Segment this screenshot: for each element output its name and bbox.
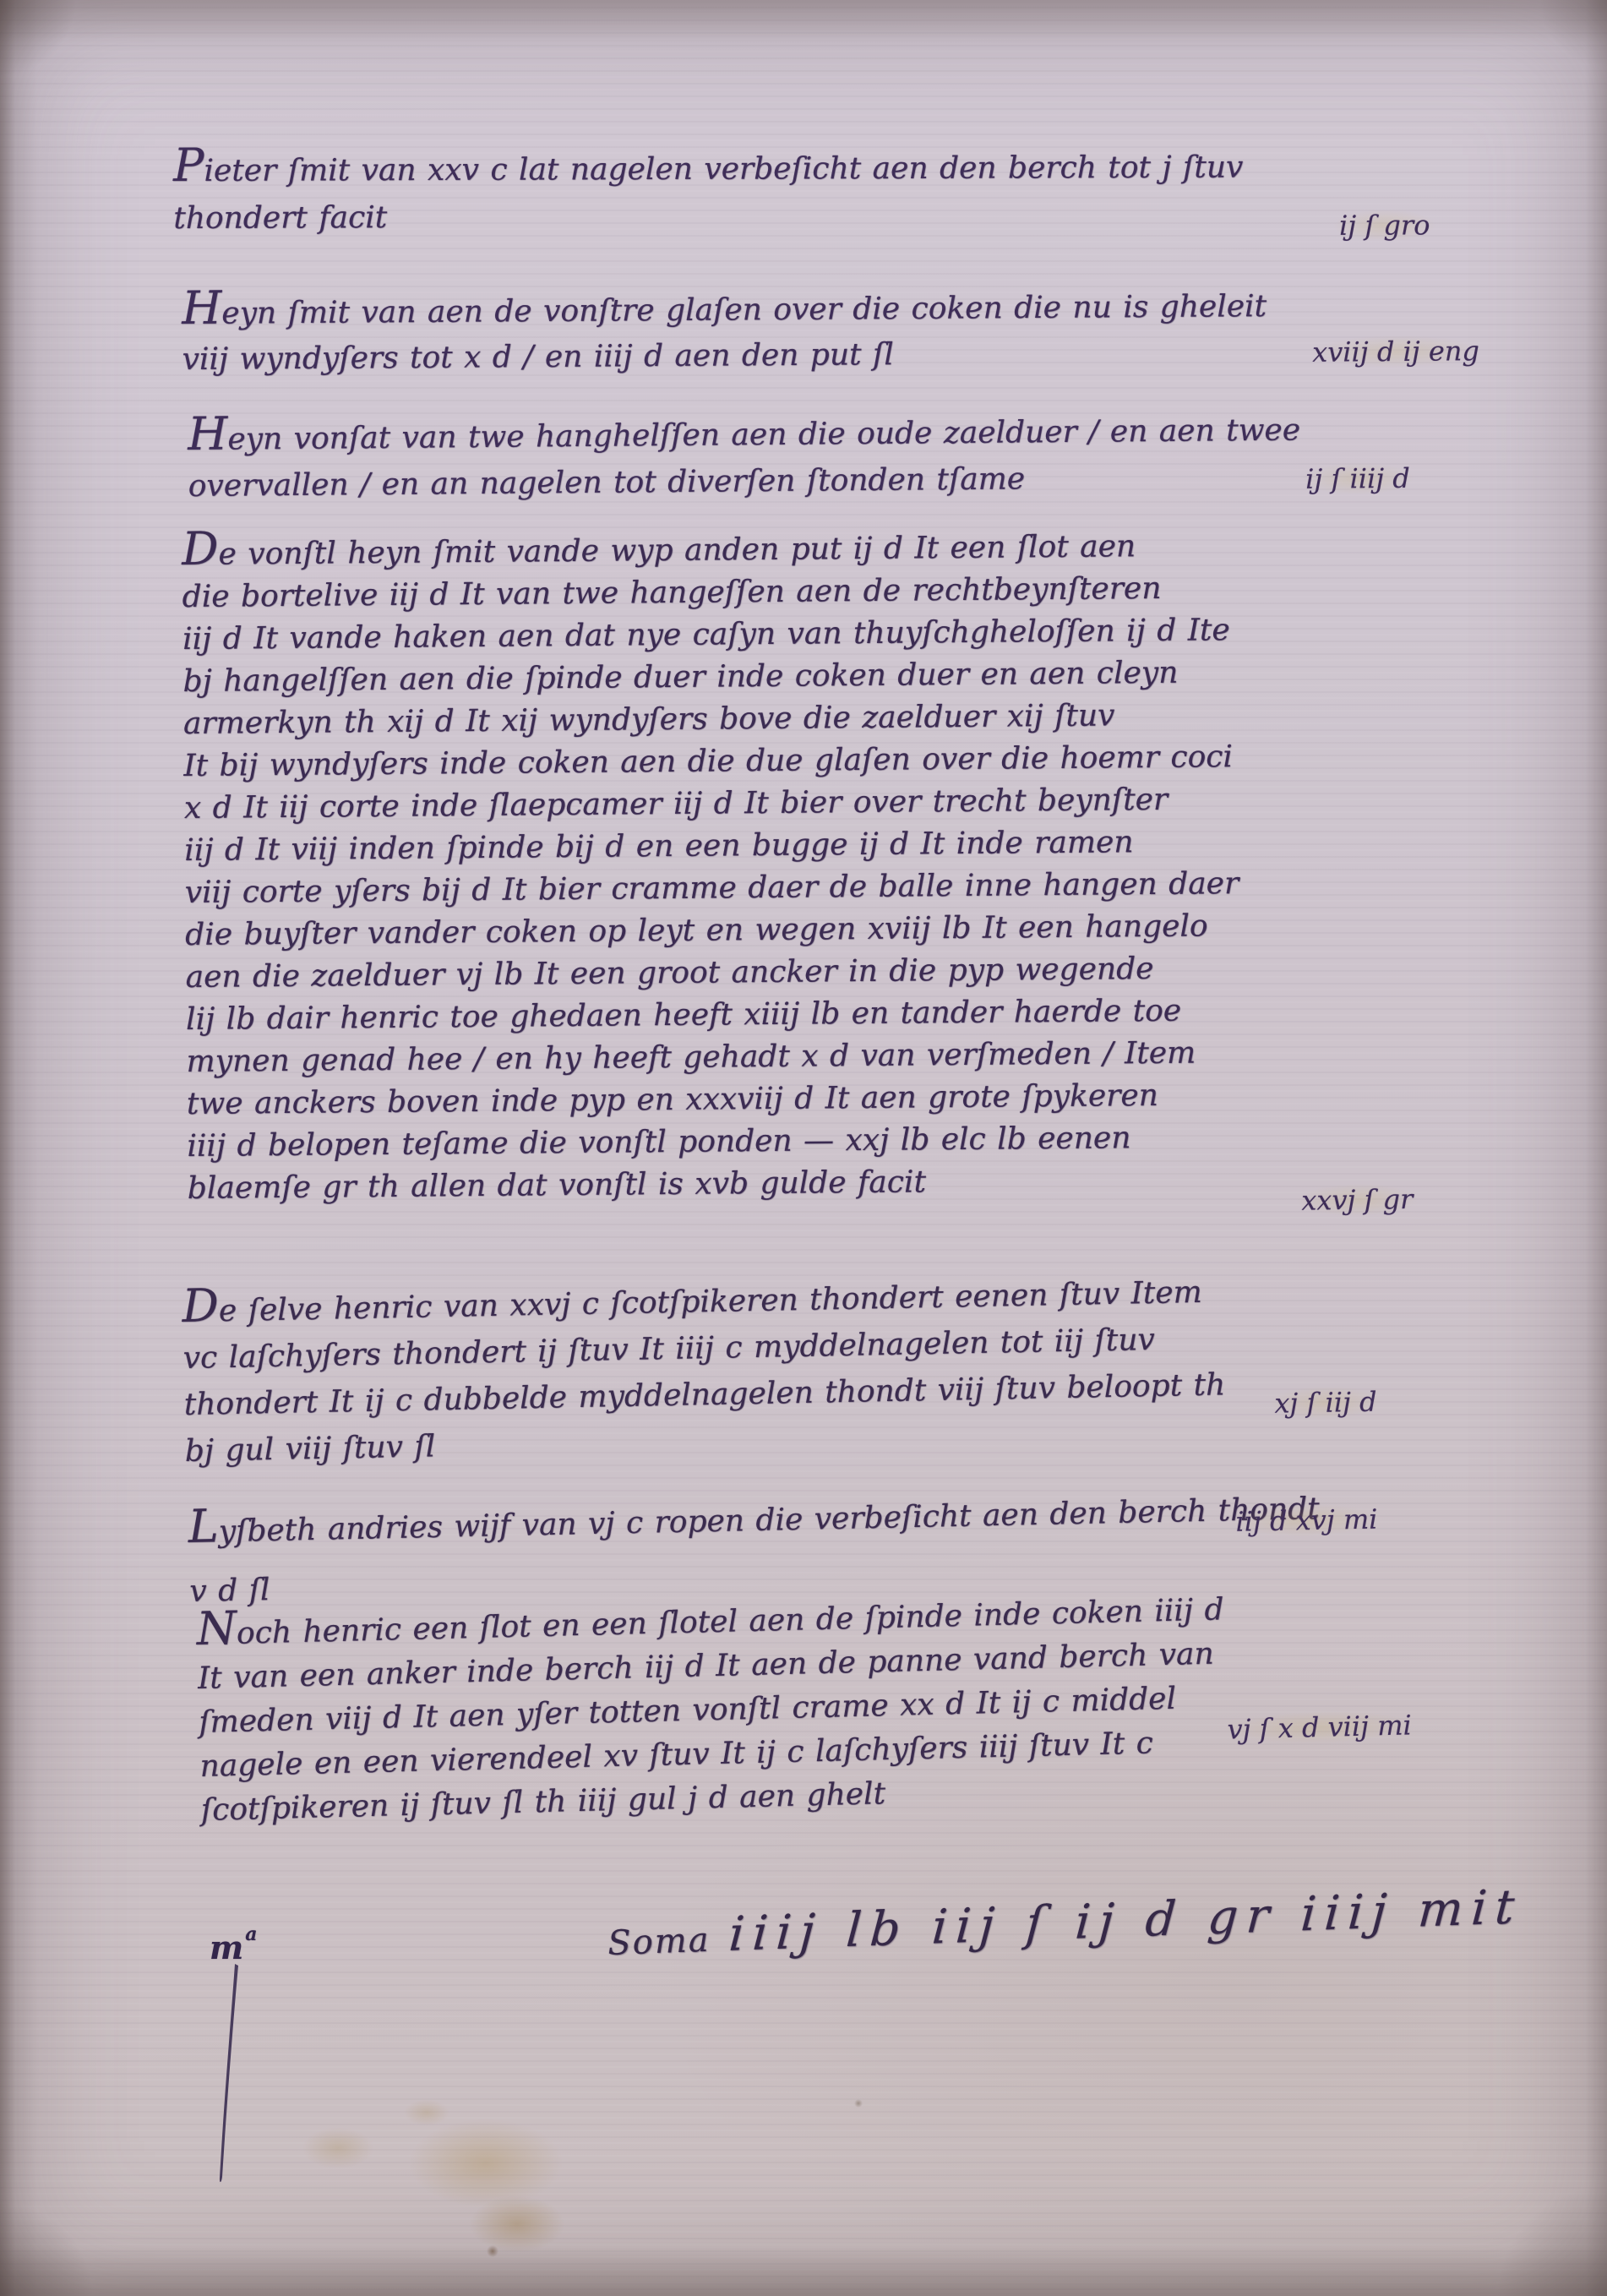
account-entry-4: De vonſtl heyn ſmit vande wyp anden put … [182,519,1241,1210]
amount-annotation: xviij d ij eng [1300,331,1491,372]
manuscript-line: Heyn ſmit van aen de vonſtre glaſen over… [182,278,1267,337]
account-entry-7: Noch henric een ſlot en een ſlotel aen d… [196,1582,1228,1833]
manuscript-line: blaemſe gr th allen dat vonſtl is xvb gu… [188,1159,1242,1210]
quire-mark: ma [210,1928,255,1966]
sum-label: Soma [607,1921,711,1963]
manuscript-line: viij wyndyſers tot x d / en iiij d aen d… [182,330,1267,383]
manuscript-line: Pieter ſmit van xxv c lat nagelen verbeſ… [173,139,1243,195]
amount-annotation: vj ſ x d viij mi [1215,1705,1424,1749]
quire-mark-tail [216,1962,250,2190]
manuscript-line: Heyn vonſat van twe hanghelſſen aen die … [188,401,1300,463]
account-entry-3: Heyn vonſat van twe hanghelſſen aen die … [188,401,1301,510]
amount-annotation: ij ſ gro [1327,205,1442,245]
quire-mark-sup: a [245,1923,257,1945]
amount-annotation: xxvj ſ gr [1289,1180,1425,1220]
manuscript-line: overvallen / en an nagelen tot diverſen … [188,454,1301,510]
amount-annotation: iij d xvj mi [1223,1499,1390,1541]
sum-line: Soma iiij lb iij ſ ij d gr iiij mit [607,1879,1523,1966]
amount-annotation: xj ſ iij d [1262,1382,1389,1423]
quire-mark-text: m [210,1928,243,1966]
manuscript-line: thondert facit [173,192,1243,243]
sum-value: iiij lb iij ſ ij d gr iiij mit [727,1879,1525,1962]
account-entry-5: De ſelve henric van xxvj c ſcotſpikeren … [182,1263,1227,1475]
manuscript-page: Pieter ſmit van xxv c lat nagelen verbeſ… [0,0,1607,2296]
amount-annotation: ij ſ iiij d [1294,459,1422,499]
account-entry-2: Heyn ſmit van aen de vonſtre glaſen over… [182,278,1267,383]
account-entry-1: Pieter ſmit van xxv c lat nagelen verbeſ… [173,139,1244,243]
